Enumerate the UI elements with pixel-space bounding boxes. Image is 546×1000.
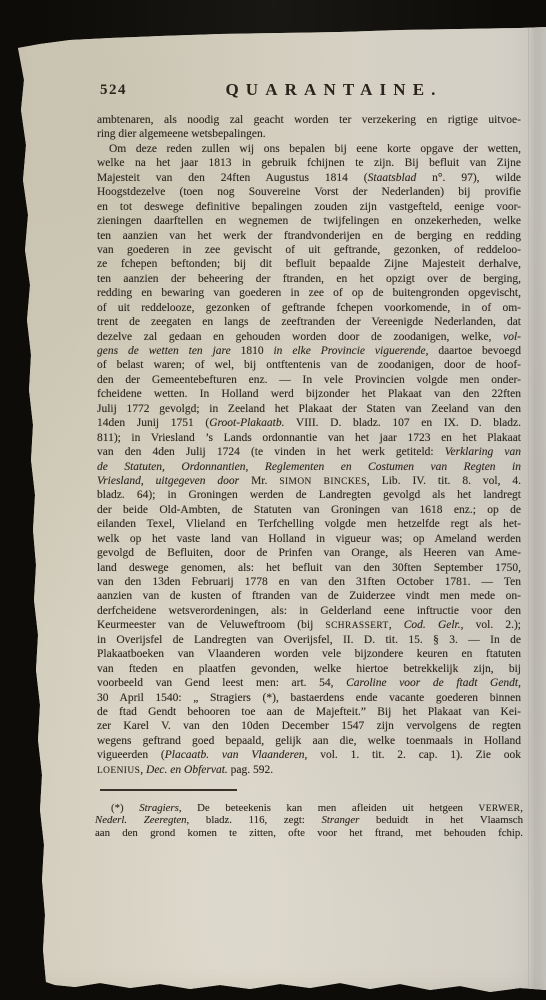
footnote-text: (*) Stragiers, De beteekenis kan men afl… [95, 802, 523, 839]
text-line: Keurmeester van de Veluweftroom (bij SCH… [97, 618, 521, 632]
text-line: den der Gemeentebefturen enz. — In vele … [97, 373, 521, 387]
text-segment: van goederen in zee gevischt of uit geft… [97, 244, 521, 256]
text-line: fcheidene wetten. In Holland werd bijzon… [97, 387, 521, 401]
footnote-separator [100, 789, 237, 791]
text-segment: ambtenaren, als noodig zal geacht worden… [97, 114, 521, 126]
text-segment: zieningen daarftellen en wegnemen de twi… [97, 215, 521, 227]
text-line: Vriesland, uitgegeven door Mr. SIMON BIN… [97, 474, 521, 488]
scanned-book-photo: { "colors": { "background": "#0d0c09", "… [0, 0, 546, 1000]
text-segment: trent de zeegaten en langs de zeeftrande… [97, 316, 521, 328]
text-segment: pag. 592. [228, 764, 273, 776]
text-segment: ze fchepen beftonden; bij dit befluit be… [97, 258, 521, 270]
running-title: QUARANTAINE. [157, 80, 511, 100]
text-segment: Plakaatboeken van Vlaanderen worden vele… [97, 648, 521, 660]
text-segment: gevolgd de Befluiten, door de Prinfen va… [97, 547, 521, 559]
text-segment: , [520, 802, 523, 814]
text-line: redding en bewaring van goederen in zee … [97, 286, 521, 300]
text-line: ten aanzien van het werk der ftrandvonde… [97, 229, 521, 243]
text-line: van den 13den Februarij 1778 en van den … [97, 575, 521, 589]
page-number: 524 [100, 82, 127, 99]
text-line: ten aanzien der beheering der ftranden, … [97, 272, 521, 286]
text-segment: ten aanzien van het werk der ftrandvonde… [97, 230, 521, 242]
text-line: derfcheidene wetsverordeningen, als: in … [97, 604, 521, 618]
text-segment: den der Gemeentebefturen enz. — In vele … [97, 374, 521, 386]
text-segment: , [518, 677, 521, 689]
text-segment: van fteden en plaatfen gevonden, welke h… [97, 663, 521, 675]
text-segment: beduidt in het Vlaamsch [359, 814, 523, 826]
text-line: trent de zeegaten en langs de zeeftrande… [97, 315, 521, 329]
text-segment: , Lib. IV. tit. 8. vol, 4. [367, 475, 521, 487]
text-line: bladz. 64); in Groningen werden de Landr… [97, 488, 521, 502]
text-line: dezelve zal gedaan en gehouden worden do… [97, 330, 521, 344]
text-line: Hoogstdezelve (toen nog Souvereine Vorst… [97, 185, 521, 199]
text-line: Om deze reden zullen wij ons bepalen bij… [97, 142, 521, 156]
text-segment: derfcheidene wetsverordeningen, als: in … [97, 605, 521, 617]
smallcaps-text-segment: SIMON BINCKES [279, 477, 367, 487]
text-segment: (*) [111, 802, 139, 814]
text-line: Julij 1772 gevolgd; in Zeeland het Plaka… [97, 402, 521, 416]
text-line: en tot deswege definitive bepalingen zou… [97, 200, 521, 214]
italic-text-segment: Vriesland, uitgegeven door [97, 475, 239, 487]
italic-text-segment: Verklaring van [445, 446, 521, 458]
text-segment: Julij 1772 gevolgd; in Zeeland het Plaka… [97, 403, 521, 415]
text-segment: Om deze reden zullen wij ons bepalen bij… [109, 143, 521, 155]
text-line: welke na het jaar 1813 in gebruik fchijn… [97, 156, 521, 170]
text-segment: 30 April 1540: „ Stragiers (*), bastaerd… [97, 692, 521, 704]
text-segment: , bladz. 116, zegt: [187, 814, 322, 826]
text-segment: dezelve zal gedaan en gehouden worden do… [97, 331, 503, 343]
italic-text-segment: Nederl. Zeeregten [95, 814, 187, 826]
text-line: ambtenaren, als noodig zal geacht worden… [97, 113, 521, 127]
text-segment: of belast waren; of wel, bij ontftenteni… [97, 359, 521, 371]
page-header: 524 QUARANTAINE. [97, 80, 521, 102]
text-segment: wegens geftrand goed bepaald, gelijk aan… [97, 735, 521, 747]
smallcaps-text-segment: VERWER [479, 804, 521, 814]
italic-text-segment: Stragiers [139, 802, 179, 814]
italic-text-segment: vol- [503, 331, 521, 343]
text-segment: 1810 [231, 345, 274, 357]
text-segment: welke na het jaar 1813 in gebruik fchijn… [97, 157, 521, 169]
text-line: Majesteit van den 24ften Augustus 1814 (… [97, 171, 521, 185]
page-fore-edge [528, 27, 546, 990]
text-segment: , De beteekenis kan men afleiden uit het… [179, 802, 479, 814]
text-segment: bladz. 64); in Groningen werden de Landr… [97, 489, 521, 501]
text-segment: , vol. 2.); [461, 619, 521, 631]
text-line: of belast waren; of wel, bij ontftenteni… [97, 358, 521, 372]
text-segment: n°. 97), wilde [416, 172, 521, 184]
text-segment: redding en bewaring van goederen in zee … [97, 287, 521, 299]
text-line: 811); in Vriesland ’s Lands ordonnantie … [97, 431, 521, 445]
text-line: voorbeeld van Gend leest men: art. 54, C… [97, 676, 521, 690]
italic-text-segment: Cod. Gelr. [404, 619, 461, 631]
text-segment: in Overijsfel de Landregten van Overijsf… [97, 634, 521, 646]
text-line: van den 4den Julij 1724 (te vinden in he… [97, 445, 521, 459]
text-segment: welk op het vaste land van Holland in vi… [97, 533, 521, 545]
text-segment: ten aanzien der beheering der ftranden, … [97, 273, 521, 285]
italic-text-segment: de Statuten, Ordonnantien, Reglementen e… [97, 461, 521, 473]
text-line: aan den grond komen te zitten, ofte voor… [95, 827, 523, 839]
text-line: Plakaatboeken van Vlaanderen worden vele… [97, 647, 521, 661]
text-segment: der beide Old-Ambten, de Statuten van Gr… [97, 504, 521, 516]
text-segment: Mr. [239, 475, 279, 487]
text-segment: voorbeeld van Gend leest men: art. 54, [97, 677, 346, 689]
text-line: ze fchepen beftonden; bij dit befluit be… [97, 257, 521, 271]
book-page: 524 QUARANTAINE. ambtenaren, als noodig … [0, 0, 546, 1000]
text-line: van fteden en plaatfen gevonden, welke h… [97, 662, 521, 676]
text-line: (*) Stragiers, De beteekenis kan men afl… [95, 802, 523, 814]
text-segment: aan den grond komen te zitten, ofte voor… [95, 827, 523, 839]
text-line: gevolgd de Befluiten, door de Prinfen va… [97, 546, 521, 560]
text-line: zer Karel V. van den 10den December 1547… [97, 719, 521, 733]
text-segment: aanzien van de kusten of ftranden van de… [97, 590, 521, 602]
text-line: wegens geftrand goed bepaald, gelijk aan… [97, 734, 521, 748]
text-line: welk op het vaste land van Holland in vi… [97, 532, 521, 546]
italic-text-segment: Stranger [322, 814, 360, 826]
text-line: in Overijsfel de Landregten van Overijsf… [97, 633, 521, 647]
text-line: aanzien van de kusten of ftranden van de… [97, 589, 521, 603]
italic-text-segment: Groot-Plakaatb. [209, 417, 284, 429]
text-segment: Majesteit van den 24ften Augustus 1814 ( [97, 172, 368, 184]
text-line: van goederen in zee gevischt of uit geft… [97, 243, 521, 257]
italic-text-segment: Caroline voor de ftadt Gendt [346, 677, 518, 689]
text-segment: , vol. 1. tit. 2. cap. 1). Zie ook [305, 749, 521, 761]
text-line: der beide Old-Ambten, de Statuten van Gr… [97, 503, 521, 517]
text-segment: eilanden Texel, Vlieland en Terfchelling… [97, 518, 521, 530]
text-segment: ring dier algemeene wetsbepalingen. [97, 128, 266, 140]
text-line: ring dier algemeene wetsbepalingen. [97, 127, 521, 141]
text-line: LOENIUS, Dec. en Obfervat. pag. 592. [97, 763, 521, 777]
text-segment: 811); in Vriesland ’s Lands ordonnantie … [97, 432, 521, 444]
italic-text-segment: Dec. en Obfervat. [146, 764, 228, 776]
text-segment: en tot deswege definitive bepalingen zou… [97, 201, 521, 213]
text-line: of uit reddelooze, gezonken of geftrande… [97, 301, 521, 315]
italic-text-segment: Staatsblad [368, 172, 417, 184]
text-segment: , [389, 619, 404, 631]
text-segment: fcheidene wetten. In Holland werd bijzon… [97, 388, 521, 400]
italic-text-segment: Placaatb. van Vlaanderen [165, 749, 305, 761]
italic-text-segment: in elke Provincie viguerende [273, 345, 425, 357]
text-segment: of uit reddelooze, gezonken of geftrande… [97, 302, 521, 314]
text-line: de ftad Gendt behooren toe aan de Majeft… [97, 705, 521, 719]
text-segment: 14den Junij 1751 ( [97, 417, 209, 429]
text-line: gens de wetten ten jare 1810 in elke Pro… [97, 344, 521, 358]
body-text: ambtenaren, als noodig zal geacht worden… [97, 113, 521, 777]
text-segment: de ftad Gendt behooren toe aan de Majeft… [97, 706, 521, 718]
text-line: 14den Junij 1751 (Groot-Plakaatb. VIII. … [97, 416, 521, 430]
text-segment: van den 4den Julij 1724 (te vinden in he… [97, 446, 445, 458]
text-segment: VIII. D. bladz. 107 en IX. D. bladz. [284, 417, 521, 429]
text-line: vigueerden (Placaatb. van Vlaanderen, vo… [97, 748, 521, 762]
text-segment: Hoogstdezelve (toen nog Souvereine Vorst… [97, 186, 521, 198]
text-segment: zer Karel V. van den 10den December 1547… [97, 720, 521, 732]
italic-text-segment: gens de wetten ten jare [97, 345, 231, 357]
text-segment: vigueerden ( [97, 749, 165, 761]
text-line: land deswege genomen, als: het befluit v… [97, 561, 521, 575]
smallcaps-text-segment: SCHRASSERT [325, 621, 388, 631]
text-line: Nederl. Zeeregten, bladz. 116, zegt: Str… [95, 814, 523, 826]
text-segment: land deswege genomen, als: het befluit v… [97, 562, 521, 574]
text-segment: van den 13den Februarij 1778 en van den … [97, 576, 521, 588]
smallcaps-text-segment: LOENIUS [97, 766, 140, 776]
text-line: zieningen daarftellen en wegnemen de twi… [97, 214, 521, 228]
text-line: de Statuten, Ordonnantien, Reglementen e… [97, 460, 521, 474]
text-line: 30 April 1540: „ Stragiers (*), bastaerd… [97, 691, 521, 705]
text-line: eilanden Texel, Vlieland en Terfchelling… [97, 517, 521, 531]
text-segment: Keurmeester van de Veluweftroom (bij [97, 619, 325, 631]
text-segment: , daartoe bevoegd [426, 345, 521, 357]
